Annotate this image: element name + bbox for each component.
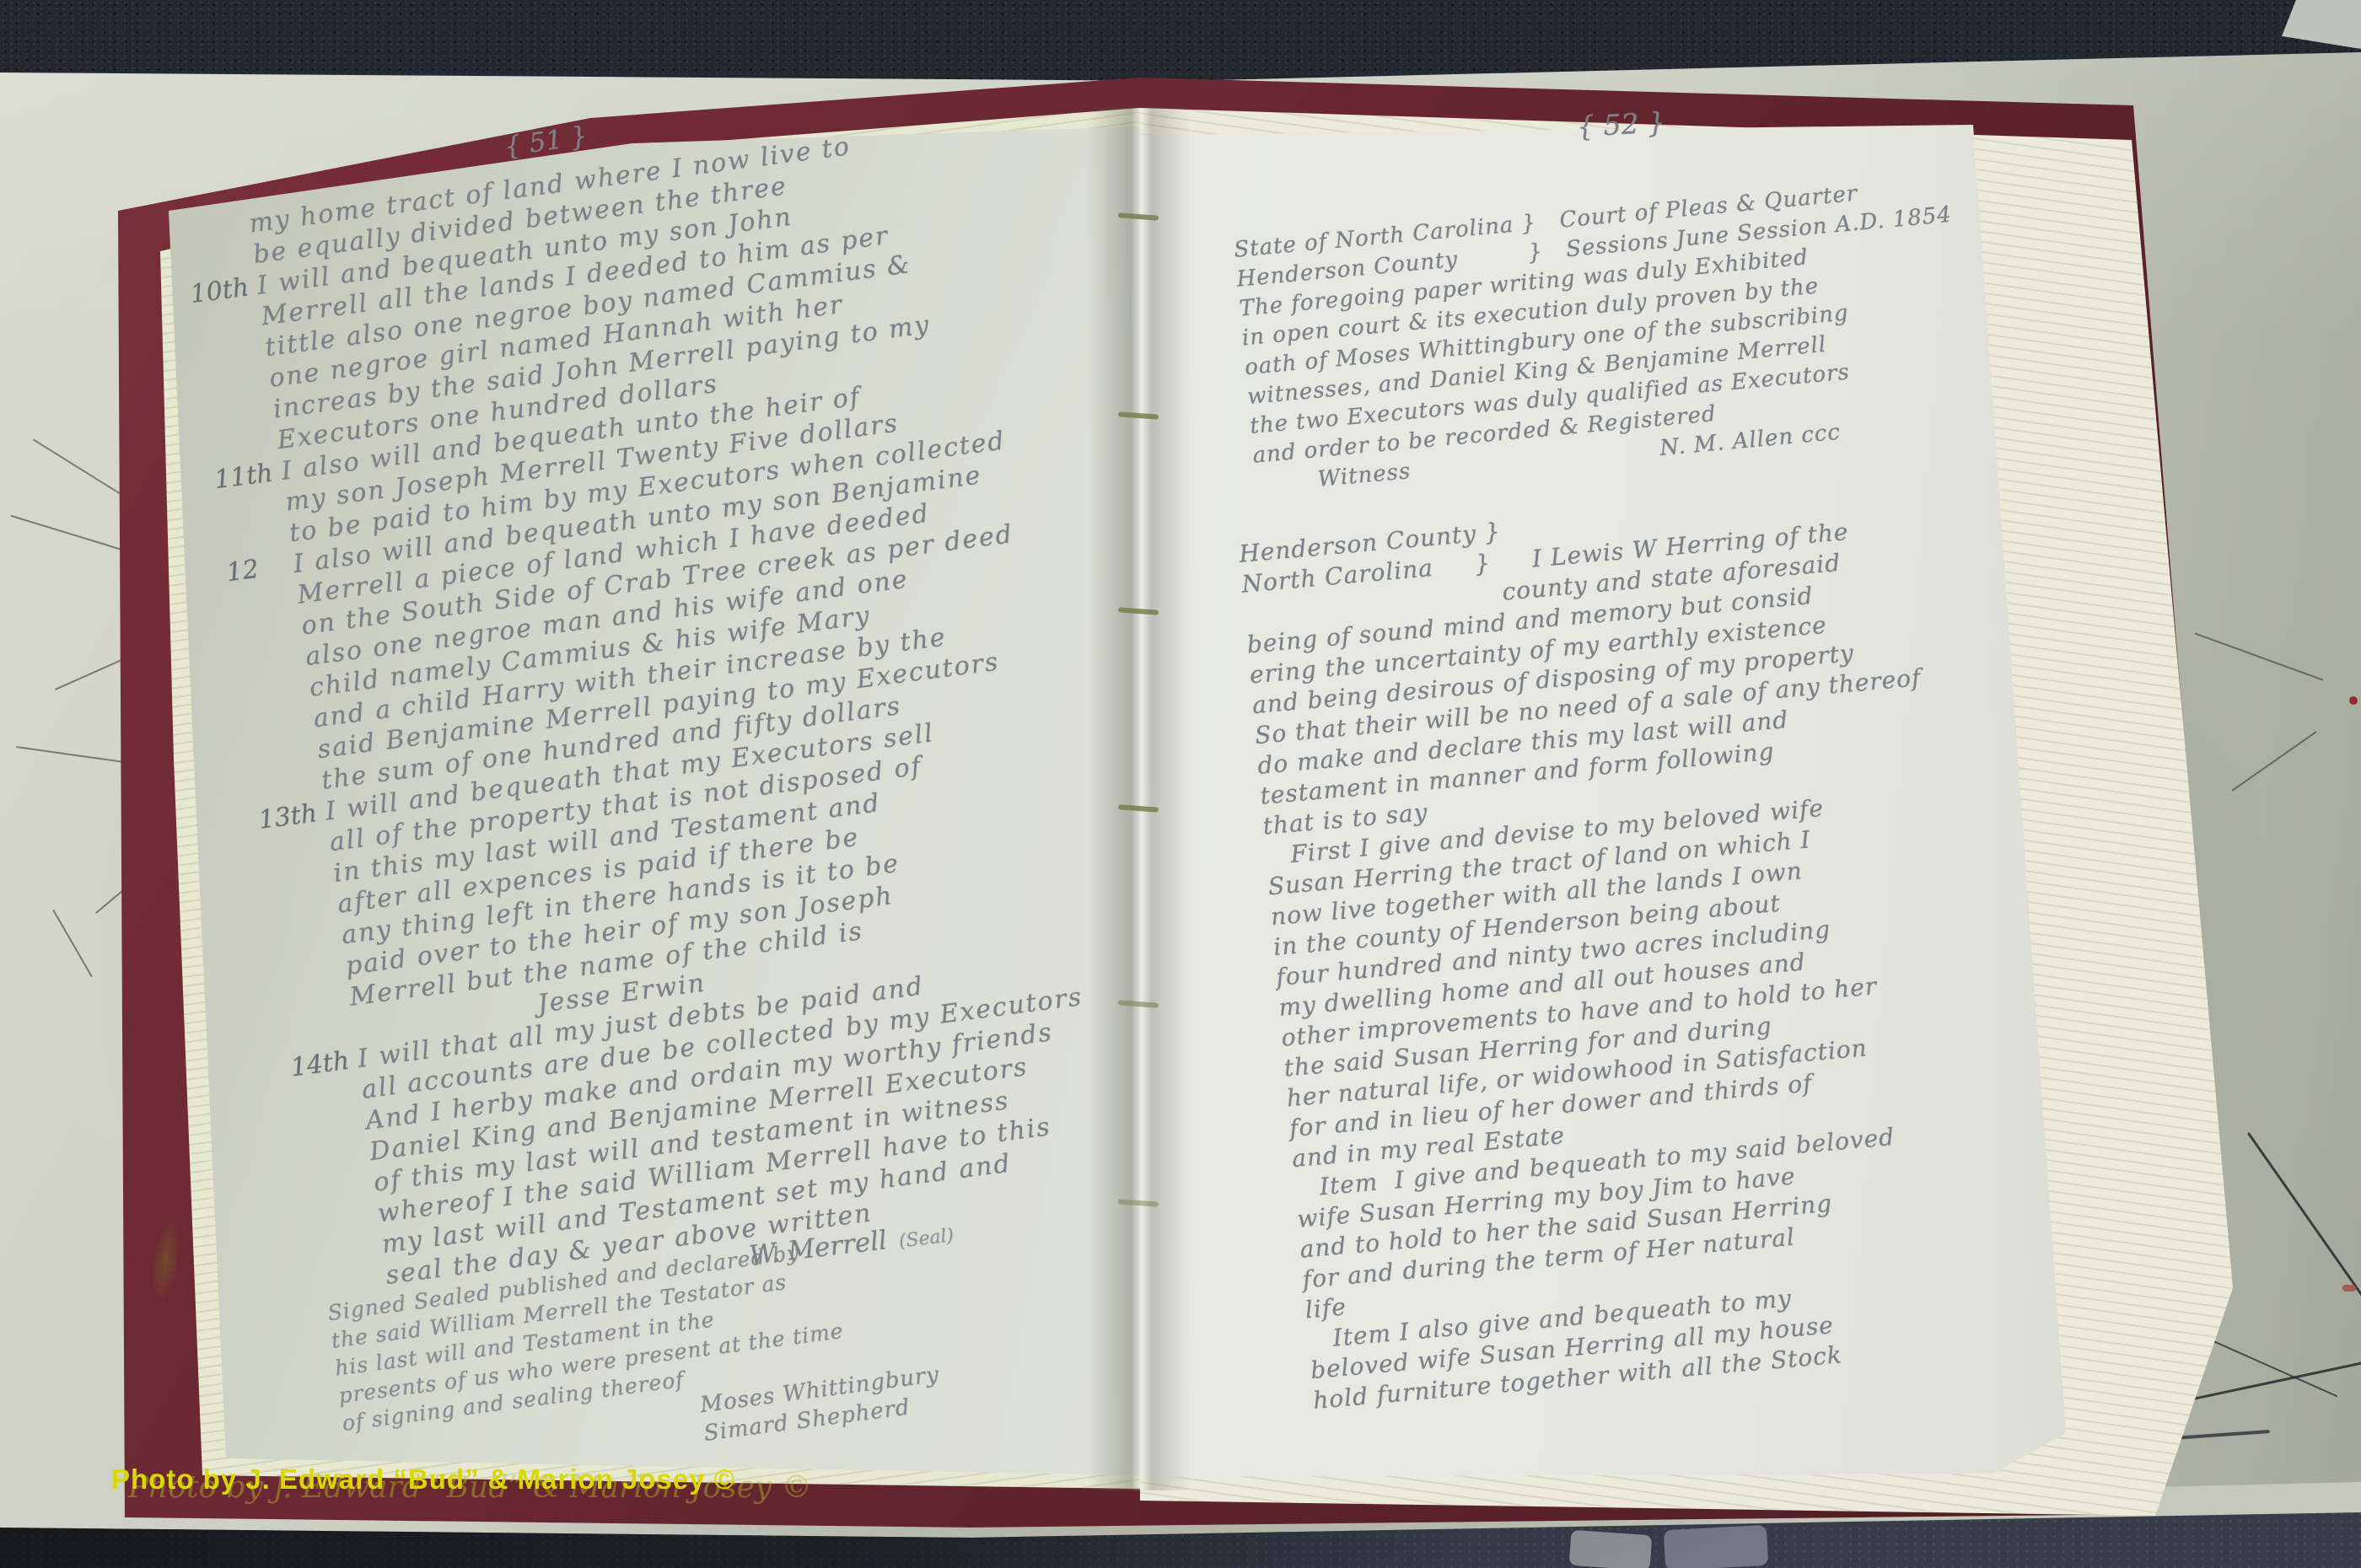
page-number-52: { 52 } — [1576, 105, 1666, 142]
herring-will-block: Henderson County }North Carolina } I Lew… — [1238, 475, 2054, 1416]
red-mark — [2342, 1285, 2356, 1291]
photo-open-will-book: { 51 } { 52 } my home tract of land wher… — [0, 0, 2361, 1568]
red-mark — [2349, 696, 2358, 705]
photographer-watermark: Photo by J. Edward “Bud” & Marion Josey … — [111, 1463, 735, 1496]
seal-mark: (Seal) — [898, 1225, 955, 1252]
left-page-manuscript: my home tract of land where I now live t… — [180, 113, 1149, 1495]
